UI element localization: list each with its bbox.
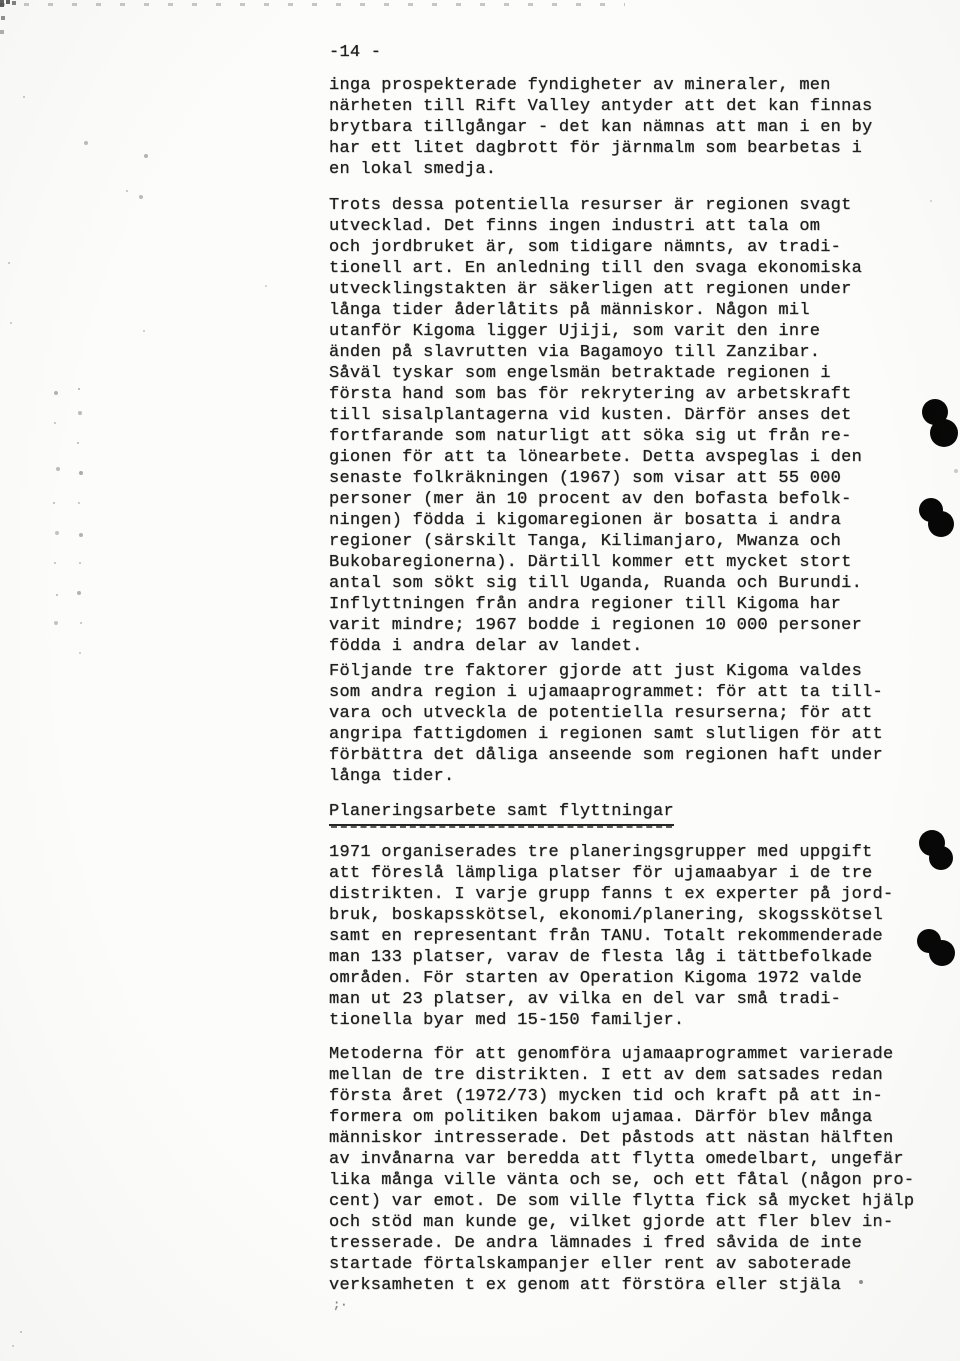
scanned-document-page: -14 - inga prospekterade fyndigheter av … [0,0,960,1361]
scan-edge-noise [0,3,625,6]
section-heading-row: Planeringsarbete samt flyttningar [329,801,929,826]
paragraph-region-development: Trots dessa potentiella resurser är regi… [329,195,929,657]
paragraph-three-factors: Följande tre faktorer gjorde att just Ki… [329,661,929,787]
page-number: -14 - [329,42,929,63]
paragraph-methods: Metoderna för att genomföra ujamaaprogra… [329,1044,929,1296]
section-heading: Planeringsarbete samt flyttningar [329,801,674,826]
stray-type-mark: ;· [333,1295,347,1316]
paragraph-minerals: inga prospekterade fyndigheter av minera… [329,75,929,180]
paragraph-planning-groups: 1971 organiserades tre planeringsgrupper… [329,842,929,1031]
typewritten-text-column: -14 - inga prospekterade fyndigheter av … [329,42,929,1296]
scan-specks [0,0,2,2]
